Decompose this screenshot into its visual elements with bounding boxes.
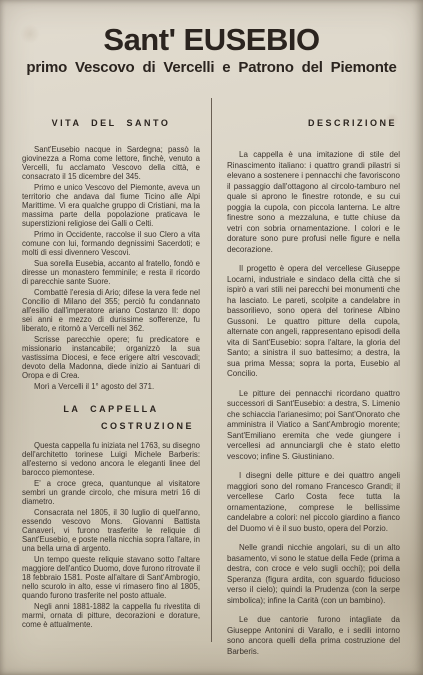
- vita-paragraph-2: Primo e unico Vescovo del Piemonte, avev…: [22, 183, 200, 228]
- descrizione-paragraph-4: I disegni delle pitture e dei quattro an…: [227, 471, 400, 534]
- section-heading-la-cappella: LA CAPPELLA: [22, 404, 200, 414]
- vita-paragraph-7: Morì a Vercelli il 1° agosto del 371.: [22, 382, 200, 391]
- section-heading-costruzione: COSTRUZIONE: [22, 421, 200, 431]
- vita-paragraph-1: Sant'Eusebio nacque in Sardegna; passò l…: [22, 145, 200, 181]
- page-subtitle: primo Vescovo di Vercelli e Patrono del …: [0, 59, 423, 77]
- section-heading-descrizione: DESCRIZIONE: [227, 118, 400, 128]
- descrizione-paragraph-1: La cappella è una imitazione di stile de…: [227, 150, 400, 255]
- costruzione-paragraph-5: Negli anni 1881-1882 la cappella fu rive…: [22, 602, 200, 629]
- costruzione-paragraph-1: Questa cappella fu iniziata nel 1763, su…: [22, 441, 200, 477]
- costruzione-paragraph-2: E' a croce greca, quantunque al visitato…: [22, 479, 200, 506]
- section-heading-vita-del-santo: VITA DEL SANTO: [22, 118, 200, 128]
- costruzione-paragraph-3: Consacrata nel 1805, il 30 luglio di que…: [22, 508, 200, 553]
- vita-paragraph-4: Sua sorella Eusebia, accanto al fratello…: [22, 259, 200, 286]
- column-divider-rule: [211, 98, 212, 642]
- vita-paragraph-6: Scrisse parecchie opere; fu predicatore …: [22, 335, 200, 380]
- page-title: Sant' EUSEBIO: [0, 24, 423, 56]
- document-header: Sant' EUSEBIO primo Vescovo di Vercelli …: [0, 24, 423, 77]
- descrizione-paragraph-3: Le pitture dei pennacchi ricordano quatt…: [227, 389, 400, 463]
- costruzione-paragraph-4: Un tempo queste reliquie stavano sotto l…: [22, 555, 200, 600]
- right-column: DESCRIZIONE La cappella è una imitazione…: [227, 104, 400, 666]
- descrizione-paragraph-6: Le due cantorie furono intagliate da Giu…: [227, 615, 400, 657]
- document-page: Sant' EUSEBIO primo Vescovo di Vercelli …: [0, 0, 423, 675]
- left-column: VITA DEL SANTO Sant'Eusebio nacque in Sa…: [22, 104, 200, 631]
- vita-paragraph-3: Primo in Occidente, raccolse il suo Cler…: [22, 230, 200, 257]
- descrizione-paragraph-2: Il progetto è opera del vercellese Giuse…: [227, 264, 400, 380]
- descrizione-paragraph-5: Nelle grandi nicchie angolari, su di un …: [227, 543, 400, 606]
- vita-paragraph-5: Combattè l'eresia di Ario; difese la ver…: [22, 288, 200, 333]
